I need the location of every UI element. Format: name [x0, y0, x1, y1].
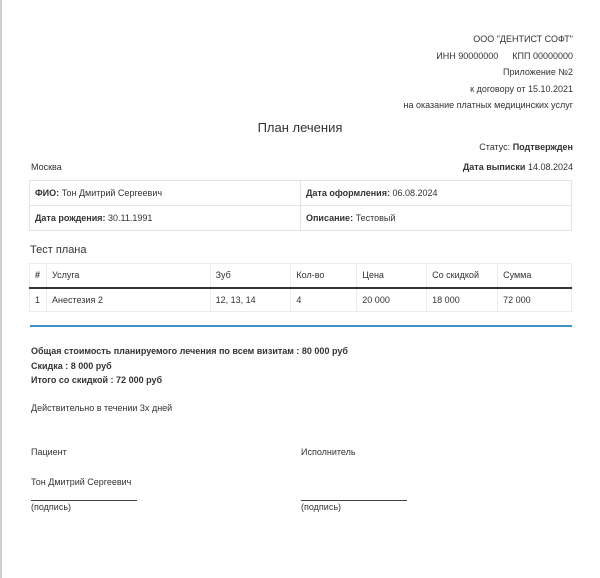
info-row: ФИО: Тон Дмитрий Сергеевич Дата оформлен…	[30, 181, 572, 206]
cell-sum: 72 000	[498, 288, 572, 312]
status-value: Подтвержден	[513, 142, 573, 152]
company-requisites: ООО "ДЕНТИСТ СОФТ" ИНН 90000000КПП 00000…	[404, 31, 573, 114]
fio-value: Тон Дмитрий Сергеевич	[62, 188, 162, 198]
patient-info-table: ФИО: Тон Дмитрий Сергеевич Дата оформлен…	[29, 180, 572, 231]
page-edge	[0, 0, 2, 578]
city: Москва	[31, 162, 62, 172]
created-value: 06.08.2024	[392, 188, 437, 198]
issue-date-value: 14.08.2024	[528, 162, 573, 172]
cell-number: 1	[30, 288, 47, 312]
fio-cell: ФИО: Тон Дмитрий Сергеевич	[30, 181, 301, 206]
section-divider	[30, 325, 572, 327]
col-header-discounted: Со скидкой	[427, 264, 498, 288]
issue-date: Дата выписки 14.08.2024	[463, 162, 573, 172]
plan-section-title: Тест плана	[30, 244, 87, 256]
cell-quantity: 4	[291, 288, 357, 312]
executor-label: Исполнитель	[301, 447, 356, 457]
cell-service: Анестезия 2	[46, 288, 210, 312]
description-cell: Описание: Тестовый	[301, 206, 572, 231]
col-header-sum: Сумма	[498, 264, 572, 288]
issue-date-label: Дата выписки	[463, 162, 526, 172]
total-cost: Общая стоимость планируемого лечения по …	[31, 344, 348, 359]
plan-header-row: # Услуга Зуб Кол-во Цена Со скидкой Сумм…	[30, 264, 572, 288]
cell-price: 20 000	[357, 288, 427, 312]
description-label: Описание:	[306, 213, 353, 223]
contract-reference: к договору от 15.10.2021	[404, 81, 573, 98]
contract-subject: на оказание платных медицинских услуг	[404, 97, 573, 114]
cell-discounted: 18 000	[427, 288, 498, 312]
description-value: Тестовый	[356, 213, 396, 223]
company-name: ООО "ДЕНТИСТ СОФТ"	[404, 31, 573, 48]
status-label: Статус:	[479, 142, 510, 152]
birth-label: Дата рождения:	[35, 213, 106, 223]
tax-ids: ИНН 90000000КПП 00000000	[404, 48, 573, 65]
created-cell: Дата оформления: 06.08.2024	[301, 181, 572, 206]
inn: ИНН 90000000	[436, 51, 498, 61]
info-row: Дата рождения: 30.11.1991 Описание: Тест…	[30, 206, 572, 231]
plan-table: # Услуга Зуб Кол-во Цена Со скидкой Сумм…	[29, 263, 572, 312]
executor-signature-caption: (подпись)	[301, 502, 341, 512]
final-amount: Итого со скидкой : 72 000 руб	[31, 373, 348, 388]
cell-tooth: 12, 13, 14	[210, 288, 291, 312]
table-row: 1 Анестезия 2 12, 13, 14 4 20 000 18 000…	[30, 288, 572, 312]
patient-name: Тон Дмитрий Сергеевич	[31, 477, 131, 487]
appendix-number: Приложение №2	[404, 64, 573, 81]
discount-amount: Скидка : 8 000 руб	[31, 359, 348, 374]
col-header-price: Цена	[357, 264, 427, 288]
created-label: Дата оформления:	[306, 188, 390, 198]
col-header-number: #	[30, 264, 47, 288]
patient-label: Пациент	[31, 447, 67, 457]
col-header-service: Услуга	[46, 264, 210, 288]
totals-block: Общая стоимость планируемого лечения по …	[31, 344, 348, 388]
kpp: КПП 00000000	[512, 51, 573, 61]
fio-label: ФИО:	[35, 188, 59, 198]
birth-value: 30.11.1991	[108, 213, 152, 223]
patient-signature-caption: (подпись)	[31, 502, 71, 512]
patient-signature-line	[31, 500, 137, 501]
birth-cell: Дата рождения: 30.11.1991	[30, 206, 301, 231]
document-title: План лечения	[0, 120, 600, 135]
validity-note: Действительно в течении 3х дней	[31, 403, 172, 413]
status-line: Статус: Подтвержден	[479, 142, 573, 152]
col-header-quantity: Кол-во	[291, 264, 357, 288]
executor-signature-line	[301, 500, 407, 501]
col-header-tooth: Зуб	[210, 264, 291, 288]
